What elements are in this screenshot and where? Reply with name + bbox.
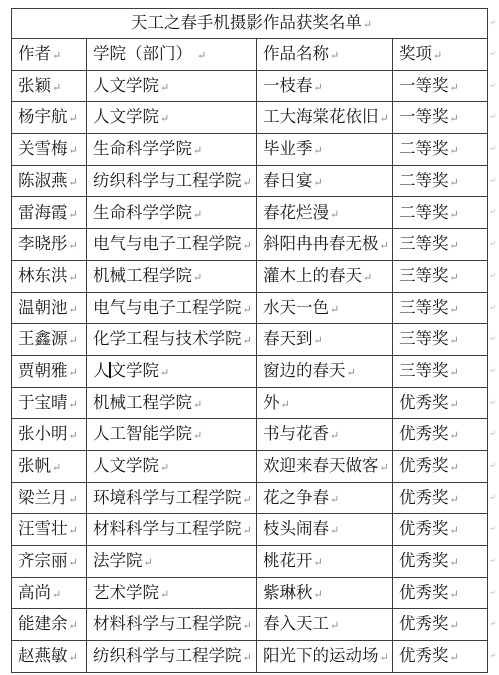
- header-college[interactable]: 学院（部门） ↵: [87, 39, 257, 71]
- paragraph-mark-icon: ↵: [193, 209, 202, 221]
- cell-award[interactable]: 一等奖↵: [393, 70, 488, 102]
- cell-text: 艺术学院: [93, 583, 159, 602]
- cell-college[interactable]: 人文学院↵: [87, 102, 257, 134]
- cell-text: 张小明: [18, 424, 68, 443]
- row-end-mark-icon: ↵: [489, 577, 499, 609]
- cell-text: 王鑫源: [18, 329, 68, 348]
- paragraph-mark-icon: ↵: [450, 82, 459, 94]
- cell-author[interactable]: 李晓彤↵: [12, 229, 87, 261]
- row-end-mark-icon: ↵: [489, 196, 499, 228]
- cell-work[interactable]: 窗边的春天↵: [257, 355, 393, 387]
- cell-award[interactable]: 三等奖↵: [393, 324, 488, 356]
- paragraph-mark-icon: ↵: [330, 494, 339, 506]
- paragraph-mark-icon: ↵: [363, 272, 372, 284]
- cell-author[interactable]: 张帆↵: [12, 450, 87, 482]
- cell-text: 人文学院: [93, 361, 159, 380]
- row-end-mark-icon: ↵: [489, 292, 499, 324]
- cell-text: 一等奖: [399, 107, 449, 126]
- cell-award[interactable]: 三等奖↵: [393, 292, 488, 324]
- paragraph-mark-icon: ↵: [347, 367, 356, 379]
- paragraph-mark-icon: ↵: [450, 589, 459, 601]
- cell-award[interactable]: 优秀奖↵: [393, 577, 488, 609]
- cell-author[interactable]: 温朝池↵: [12, 292, 87, 324]
- cell-award[interactable]: 优秀奖↵: [393, 514, 488, 546]
- cell-author[interactable]: 林东洪↵: [12, 260, 87, 292]
- cell-text: 纺织科学与工程学院: [93, 646, 242, 665]
- cell-author[interactable]: 张小明↵: [12, 419, 87, 451]
- cell-text: 优秀奖: [399, 551, 449, 570]
- cell-text: 关雪梅: [18, 139, 68, 158]
- cell-author[interactable]: 高尚↵: [12, 577, 87, 609]
- table-row: 杨宇航↵人文学院↵工大海棠花依旧↵一等奖↵: [12, 102, 488, 134]
- paragraph-mark-icon: ↵: [243, 335, 252, 347]
- paragraph-mark-icon: ↵: [69, 430, 78, 442]
- cell-award[interactable]: 优秀奖↵: [393, 482, 488, 514]
- table-row: 赵燕敏↵纺织科学与工程学院↵阳光下的运动场↵优秀奖↵: [12, 641, 488, 673]
- cell-work[interactable]: 灌木上的春天↵: [257, 260, 393, 292]
- cell-text: 灌木上的春天: [263, 266, 362, 285]
- table-row: 陈淑燕↵纺织科学与工程学院↵春日宴↵二等奖↵: [12, 165, 488, 197]
- row-end-marks: ↵↵↵↵↵↵↵↵↵↵↵↵↵↵↵↵↵↵↵↵↵: [489, 8, 499, 672]
- cell-text: 贾朝雅: [18, 361, 68, 380]
- header-row: 作者↵ 学院（部门） ↵ 作品名称↵ 奖项↵: [12, 39, 488, 71]
- cell-award[interactable]: 优秀奖↵: [393, 387, 488, 419]
- row-end-mark-icon: ↵: [489, 608, 499, 640]
- cell-text: 人文学院: [93, 107, 159, 126]
- paragraph-mark-icon: ↵: [450, 113, 459, 125]
- table-row: 王鑫源↵化学工程与技术学院↵春天到↵三等奖↵: [12, 324, 488, 356]
- paragraph-mark-icon: ↵: [330, 304, 339, 316]
- cell-work[interactable]: 外↵: [257, 387, 393, 419]
- cell-author[interactable]: 王鑫源↵: [12, 324, 87, 356]
- cell-college[interactable]: 电气与电子工程学院↵: [87, 229, 257, 261]
- cell-text: 水天一色: [263, 298, 329, 317]
- paragraph-mark-icon: ↵: [160, 462, 169, 474]
- cell-text: 张帆: [18, 456, 51, 475]
- paragraph-mark-icon: ↵: [69, 145, 78, 157]
- cell-author[interactable]: 雷海霞↵: [12, 197, 87, 229]
- paragraph-mark-icon: ↵: [193, 430, 202, 442]
- row-end-mark-icon: ↵: [489, 450, 499, 482]
- paragraph-mark-icon: ↵: [314, 177, 323, 189]
- paragraph-mark-icon: ↵: [450, 177, 459, 189]
- paragraph-mark-icon: ↵: [450, 620, 459, 632]
- cell-college[interactable]: 环境科学与工程学院↵: [87, 482, 257, 514]
- header-label: 奖项: [399, 44, 432, 63]
- paragraph-mark-icon: ↵: [380, 652, 389, 664]
- cell-text: 法学院: [93, 551, 143, 570]
- paragraph-mark-icon: ↵: [433, 50, 442, 62]
- cell-award[interactable]: 一等奖↵: [393, 102, 488, 134]
- paragraph-mark-icon: ↵: [314, 589, 323, 601]
- cell-text: 生命科学学院: [93, 203, 192, 222]
- paragraph-mark-icon: ↵: [314, 145, 323, 157]
- cell-author[interactable]: 杨宇航↵: [12, 102, 87, 134]
- table-row: 李晓彤↵电气与电子工程学院↵斜阳冉冉春无极↵三等奖↵: [12, 229, 488, 261]
- paragraph-mark-icon: ↵: [144, 557, 153, 569]
- cell-college[interactable]: 机械工程学院↵: [87, 260, 257, 292]
- cell-text: 张颖: [18, 76, 51, 95]
- cell-text: 三等奖: [399, 266, 449, 285]
- text-caret: [109, 362, 111, 378]
- cell-work[interactable]: 桃花开↵: [257, 546, 393, 578]
- cell-text: 外: [263, 393, 280, 412]
- cell-college[interactable]: 法学院↵: [87, 546, 257, 578]
- paragraph-mark-icon: ↵: [314, 557, 323, 569]
- row-end-mark-icon: ↵: [489, 165, 499, 197]
- cell-college[interactable]: 人文学院↵: [87, 355, 257, 387]
- cell-text: 雷海霞: [18, 203, 68, 222]
- paragraph-mark-icon: ↵: [69, 272, 78, 284]
- paragraph-mark-icon: ↵: [450, 240, 459, 252]
- cell-text: 高尚: [18, 583, 51, 602]
- paragraph-mark-icon: ↵: [314, 335, 323, 347]
- table-row: 能建余↵材料科学与工程学院↵春入天工↵优秀奖↵: [12, 609, 488, 641]
- paragraph-mark-icon: ↵: [243, 304, 252, 316]
- cell-college[interactable]: 化学工程与技术学院↵: [87, 324, 257, 356]
- paragraph-mark-icon: ↵: [69, 113, 78, 125]
- paragraph-mark-icon: ↵: [243, 525, 252, 537]
- cell-author[interactable]: 齐宗丽↵: [12, 546, 87, 578]
- paragraph-mark-icon: ↵: [243, 652, 252, 664]
- paragraph-mark-icon: ↵: [281, 399, 290, 411]
- cell-text: 材料科学与工程学院: [93, 519, 242, 538]
- cell-award[interactable]: 二等奖↵: [393, 197, 488, 229]
- table-row: 关雪梅↵生命科学学院↵毕业季↵二等奖↵: [12, 134, 488, 166]
- cell-college[interactable]: 纺织科学与工程学院↵: [87, 641, 257, 673]
- row-end-mark-icon: ↵: [489, 133, 499, 165]
- cell-author[interactable]: 能建余↵: [12, 609, 87, 641]
- cell-text: 汪雪壮: [18, 519, 68, 538]
- paragraph-mark-icon: ↵: [69, 209, 78, 221]
- cell-college[interactable]: 人文学院↵: [87, 70, 257, 102]
- cell-text: 温朝池: [18, 298, 68, 317]
- paragraph-mark-icon: ↵: [52, 462, 61, 474]
- cell-text: 优秀奖: [399, 424, 449, 443]
- header-label: 作者: [18, 44, 51, 63]
- header-award[interactable]: 奖项↵: [393, 39, 488, 71]
- cell-text: 书与花香: [263, 424, 329, 443]
- cell-text: 环境科学与工程学院: [93, 488, 242, 507]
- cell-text: 三等奖: [399, 329, 449, 348]
- paragraph-mark-icon: ↵: [69, 494, 78, 506]
- paragraph-mark-icon: ↵: [380, 240, 389, 252]
- cell-text: 三等奖: [399, 234, 449, 253]
- cell-text: 二等奖: [399, 171, 449, 190]
- paragraph-mark-icon: ↵: [69, 652, 78, 664]
- paragraph-mark-icon: ↵: [52, 589, 61, 601]
- cell-text: 优秀奖: [399, 583, 449, 602]
- cell-work[interactable]: 书与花香↵: [257, 419, 393, 451]
- cell-award[interactable]: 三等奖↵: [393, 260, 488, 292]
- table-row: 齐宗丽↵法学院↵桃花开↵优秀奖↵: [12, 546, 488, 578]
- row-end-mark-icon: ↵: [489, 640, 499, 672]
- cell-work[interactable]: 工大海棠花依旧↵: [257, 102, 393, 134]
- cell-award[interactable]: 优秀奖↵: [393, 450, 488, 482]
- table-row: 雷海霞↵生命科学学院↵春花烂漫↵二等奖↵: [12, 197, 488, 229]
- cell-text: 人文学院: [93, 456, 159, 475]
- cell-work[interactable]: 花之争春↵: [257, 482, 393, 514]
- cell-text: 优秀奖: [399, 456, 449, 475]
- cell-award[interactable]: 优秀奖↵: [393, 419, 488, 451]
- row-end-mark-icon: ↵: [489, 545, 499, 577]
- row-end-mark-icon: ↵: [489, 38, 499, 70]
- cell-author[interactable]: 赵燕敏↵: [12, 641, 87, 673]
- cell-text: 毕业季: [263, 139, 313, 158]
- paragraph-mark-icon: ↵: [450, 494, 459, 506]
- cell-college[interactable]: 材料科学与工程学院↵: [87, 514, 257, 546]
- paragraph-mark-icon: ↵: [160, 113, 169, 125]
- cell-work[interactable]: 水天一色↵: [257, 292, 393, 324]
- table-body: 天工之春手机摄影作品获奖名单↵ 作者↵ 学院（部门） ↵ 作品名称↵ 奖项↵ 张…: [12, 9, 488, 673]
- row-end-mark-icon: ↵: [489, 355, 499, 387]
- cell-text: 人文学院: [93, 76, 159, 95]
- cell-text: 二等奖: [399, 139, 449, 158]
- paragraph-mark-icon: ↵: [450, 430, 459, 442]
- row-end-mark-icon: ↵: [489, 513, 499, 545]
- cell-text: 生命科学学院: [93, 139, 192, 158]
- cell-award[interactable]: 二等奖↵: [393, 165, 488, 197]
- row-end-mark-icon: ↵: [489, 482, 499, 514]
- cell-college[interactable]: 电气与电子工程学院↵: [87, 292, 257, 324]
- paragraph-mark-icon: ↵: [330, 430, 339, 442]
- table-row: 于宝晴↵机械工程学院↵外↵优秀奖↵: [12, 387, 488, 419]
- cell-work[interactable]: 斜阳冉冉春无极↵: [257, 229, 393, 261]
- paragraph-mark-icon: ↵: [69, 240, 78, 252]
- cell-text: 欢迎来春天做客: [263, 456, 379, 475]
- cell-college[interactable]: 材料科学与工程学院↵: [87, 609, 257, 641]
- cell-text: 三等奖: [399, 361, 449, 380]
- cell-text: 春入天工: [263, 614, 329, 633]
- paragraph-mark-icon: ↵: [69, 620, 78, 632]
- paragraph-mark-icon: ↵: [160, 589, 169, 601]
- cell-text: 赵燕敏: [18, 646, 68, 665]
- cell-text: 陈淑燕: [18, 171, 68, 190]
- cell-author[interactable]: 陈淑燕↵: [12, 165, 87, 197]
- table-row: 林东洪↵机械工程学院↵灌木上的春天↵三等奖↵: [12, 260, 488, 292]
- cell-text: 梁兰月: [18, 488, 68, 507]
- paragraph-mark-icon: ↵: [450, 209, 459, 221]
- awards-table: 天工之春手机摄影作品获奖名单↵ 作者↵ 学院（部门） ↵ 作品名称↵ 奖项↵ 张…: [11, 8, 488, 673]
- paragraph-mark-icon: ↵: [69, 304, 78, 316]
- cell-work[interactable]: 欢迎来春天做客↵: [257, 450, 393, 482]
- cell-text: 优秀奖: [399, 393, 449, 412]
- table-row: 梁兰月↵环境科学与工程学院↵花之争春↵优秀奖↵: [12, 482, 488, 514]
- paragraph-mark-icon: ↵: [69, 525, 78, 537]
- paragraph-mark-icon: ↵: [380, 462, 389, 474]
- paragraph-mark-icon: ↵: [380, 113, 389, 125]
- row-end-mark-icon: ↵: [489, 70, 499, 102]
- cell-award[interactable]: 三等奖↵: [393, 355, 488, 387]
- paragraph-mark-icon: ↵: [450, 652, 459, 664]
- cell-text: 三等奖: [399, 298, 449, 317]
- cell-work[interactable]: 阳光下的运动场↵: [257, 641, 393, 673]
- cell-work[interactable]: 春日宴↵: [257, 165, 393, 197]
- cell-text: 桃花开: [263, 551, 313, 570]
- row-end-mark-icon: ↵: [489, 101, 499, 133]
- cell-text: 春日宴: [263, 171, 313, 190]
- cell-text: 春天到: [263, 329, 313, 348]
- cell-work[interactable]: 一枝春↵: [257, 70, 393, 102]
- paragraph-mark-icon: ↵: [160, 367, 169, 379]
- row-end-mark-icon: ↵: [489, 418, 499, 450]
- cell-author[interactable]: 汪雪壮↵: [12, 514, 87, 546]
- paragraph-mark-icon: ↵: [330, 525, 339, 537]
- header-author[interactable]: 作者↵: [12, 39, 87, 71]
- paragraph-mark-icon: ↵: [243, 620, 252, 632]
- cell-text: 化学工程与技术学院: [93, 329, 242, 348]
- cell-work[interactable]: 春花烂漫↵: [257, 197, 393, 229]
- cell-work[interactable]: 春天到↵: [257, 324, 393, 356]
- cell-text: 能建余: [18, 614, 68, 633]
- page-title: 天工之春手机摄影作品获奖名单: [131, 13, 362, 32]
- cell-text: 一等奖: [399, 76, 449, 95]
- cell-college[interactable]: 艺术学院↵: [87, 577, 257, 609]
- paragraph-mark-icon: ↵: [450, 557, 459, 569]
- paragraph-mark-icon: ↵: [450, 145, 459, 157]
- paragraph-mark-icon: ↵: [450, 367, 459, 379]
- cell-work[interactable]: 紫琳秋↵: [257, 577, 393, 609]
- paragraph-mark-icon: ↵: [193, 272, 202, 284]
- cell-author[interactable]: 梁兰月↵: [12, 482, 87, 514]
- cell-work[interactable]: 枝头闹春↵: [257, 514, 393, 546]
- paragraph-mark-icon: ↵: [69, 399, 78, 411]
- row-end-mark-icon: ↵: [489, 228, 499, 260]
- paragraph-mark-icon: ↵: [450, 525, 459, 537]
- cell-award[interactable]: 优秀奖↵: [393, 546, 488, 578]
- cell-text: 电气与电子工程学院: [93, 234, 242, 253]
- paragraph-mark-icon: ↵: [69, 335, 78, 347]
- header-label: 学院（部门）: [93, 44, 192, 63]
- table-row: 张小明↵人工智能学院↵书与花香↵优秀奖↵: [12, 419, 488, 451]
- cell-college[interactable]: 纺织科学与工程学院↵: [87, 165, 257, 197]
- paragraph-mark-icon: ↵: [363, 19, 372, 31]
- cell-text: 于宝晴: [18, 393, 68, 412]
- table-row: 张帆↵人文学院↵欢迎来春天做客↵优秀奖↵: [12, 450, 488, 482]
- cell-work[interactable]: 春入天工↵: [257, 609, 393, 641]
- cell-award[interactable]: 优秀奖↵: [393, 609, 488, 641]
- cell-text: 阳光下的运动场: [263, 646, 379, 665]
- cell-text: 机械工程学院: [93, 266, 192, 285]
- paragraph-mark-icon: ↵: [69, 557, 78, 569]
- table-row: 张颖↵人文学院↵一枝春↵一等奖↵: [12, 70, 488, 102]
- paragraph-mark-icon: ↵: [69, 177, 78, 189]
- cell-author[interactable]: 关雪梅↵: [12, 134, 87, 166]
- paragraph-mark-icon: ↵: [243, 240, 252, 252]
- cell-college[interactable]: 生命科学学院↵: [87, 197, 257, 229]
- cell-award[interactable]: 三等奖↵: [393, 229, 488, 261]
- header-label: 作品名称: [263, 44, 329, 63]
- cell-text: 林东洪: [18, 266, 68, 285]
- paragraph-mark-icon: ↵: [450, 399, 459, 411]
- paragraph-mark-icon: ↵: [160, 82, 169, 94]
- cell-text: 斜阳冉冉春无极: [263, 234, 379, 253]
- paragraph-mark-icon: ↵: [52, 50, 61, 62]
- cell-work[interactable]: 毕业季↵: [257, 134, 393, 166]
- paragraph-mark-icon: ↵: [450, 335, 459, 347]
- paragraph-mark-icon: ↵: [330, 50, 339, 62]
- paragraph-mark-icon: ↵: [243, 494, 252, 506]
- table-row: 汪雪壮↵材料科学与工程学院↵枝头闹春↵优秀奖↵: [12, 514, 488, 546]
- cell-award[interactable]: 二等奖↵: [393, 134, 488, 166]
- cell-text: 窗边的春天: [263, 361, 346, 380]
- paragraph-mark-icon: ↵: [330, 209, 339, 221]
- paragraph-mark-icon: ↵: [52, 82, 61, 94]
- cell-text: 二等奖: [399, 203, 449, 222]
- cell-text: 春花烂漫: [263, 203, 329, 222]
- cell-text: 齐宗丽: [18, 551, 68, 570]
- cell-author[interactable]: 张颖↵: [12, 70, 87, 102]
- paragraph-mark-icon: ↵: [69, 367, 78, 379]
- cell-text: 杨宇航: [18, 107, 68, 126]
- row-end-mark-icon: ↵: [489, 8, 499, 38]
- row-end-mark-icon: ↵: [489, 260, 499, 292]
- paragraph-mark-icon: ↵: [450, 304, 459, 316]
- cell-text: 优秀奖: [399, 519, 449, 538]
- table-row: 贾朝雅↵人文学院↵窗边的春天↵三等奖↵: [12, 355, 488, 387]
- paragraph-mark-icon: ↵: [330, 620, 339, 632]
- cell-text: 纺织科学与工程学院: [93, 171, 242, 190]
- cell-text: 优秀奖: [399, 614, 449, 633]
- cell-text: 材料科学与工程学院: [93, 614, 242, 633]
- paragraph-mark-icon: ↵: [450, 272, 459, 284]
- title-row: 天工之春手机摄影作品获奖名单↵: [12, 9, 488, 39]
- cell-text: 优秀奖: [399, 646, 449, 665]
- cell-text: 一枝春: [263, 76, 313, 95]
- table-title-cell[interactable]: 天工之春手机摄影作品获奖名单↵: [12, 9, 488, 39]
- cell-author[interactable]: 贾朝雅↵: [12, 355, 87, 387]
- cell-text: 枝头闹春: [263, 519, 329, 538]
- paragraph-mark-icon: ↵: [193, 145, 202, 157]
- cell-text: 工大海棠花依旧: [263, 107, 379, 126]
- header-work[interactable]: 作品名称↵: [257, 39, 393, 71]
- cell-author[interactable]: 于宝晴↵: [12, 387, 87, 419]
- cell-text: 李晓彤: [18, 234, 68, 253]
- cell-award[interactable]: 优秀奖↵: [393, 641, 488, 673]
- cell-college[interactable]: 人工智能学院↵: [87, 419, 257, 451]
- row-end-mark-icon: ↵: [489, 323, 499, 355]
- paragraph-mark-icon: ↵: [243, 177, 252, 189]
- cell-text: 紫琳秋: [263, 583, 313, 602]
- table-row: 高尚↵艺术学院↵紫琳秋↵优秀奖↵: [12, 577, 488, 609]
- paragraph-mark-icon: ↵: [193, 399, 202, 411]
- cell-college[interactable]: 人文学院↵: [87, 450, 257, 482]
- cell-text: 电气与电子工程学院: [93, 298, 242, 317]
- cell-text: 人工智能学院: [93, 424, 192, 443]
- cell-text: 花之争春: [263, 488, 329, 507]
- paragraph-mark-icon: ↵: [450, 462, 459, 474]
- paragraph-mark-icon: ↵: [197, 50, 206, 62]
- cell-college[interactable]: 生命科学学院↵: [87, 134, 257, 166]
- cell-college[interactable]: 机械工程学院↵: [87, 387, 257, 419]
- cell-text: 优秀奖: [399, 488, 449, 507]
- row-end-mark-icon: ↵: [489, 387, 499, 419]
- table-row: 温朝池↵电气与电子工程学院↵水天一色↵三等奖↵: [12, 292, 488, 324]
- cell-text: 机械工程学院: [93, 393, 192, 412]
- paragraph-mark-icon: ↵: [314, 82, 323, 94]
